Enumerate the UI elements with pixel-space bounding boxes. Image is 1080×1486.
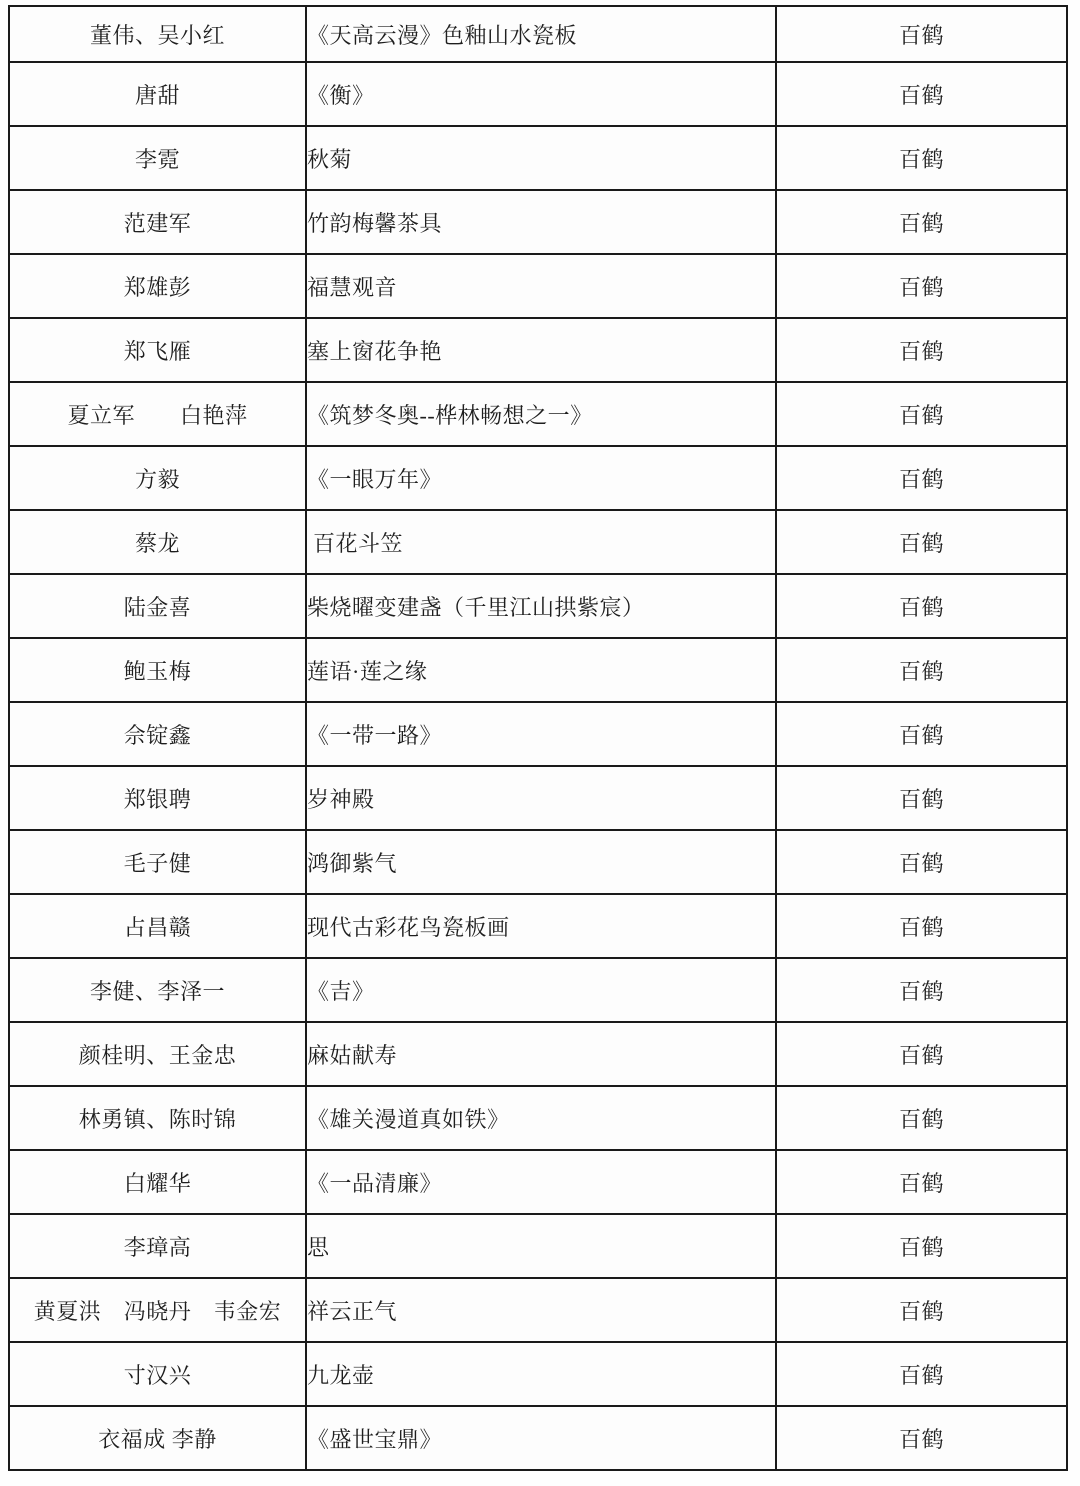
table-row: 李健、李泽一《吉》百鹤	[9, 958, 1067, 1022]
table-row: 占昌赣现代古彩花鸟瓷板画百鹤	[9, 894, 1067, 958]
table-row: 毛子健鸿御紫气百鹤	[9, 830, 1067, 894]
award-cell: 百鹤	[776, 894, 1067, 958]
work-cell: 现代古彩花鸟瓷板画	[306, 894, 776, 958]
award-cell: 百鹤	[776, 702, 1067, 766]
award-cell: 百鹤	[776, 1022, 1067, 1086]
award-cell: 百鹤	[776, 638, 1067, 702]
work-cell: 竹韵梅馨茶具	[306, 190, 776, 254]
artist-cell: 占昌赣	[9, 894, 306, 958]
work-cell: 《一带一路》	[306, 702, 776, 766]
artist-cell: 夏立军 白艳萍	[9, 382, 306, 446]
artist-cell: 毛子健	[9, 830, 306, 894]
artist-cell: 唐甜	[9, 62, 306, 126]
work-cell: 《雄关漫道真如铁》	[306, 1086, 776, 1150]
artist-cell: 寸汉兴	[9, 1342, 306, 1406]
award-cell: 百鹤	[776, 1214, 1067, 1278]
work-cell: 祥云正气	[306, 1278, 776, 1342]
award-cell: 百鹤	[776, 830, 1067, 894]
artist-cell: 董伟、吴小红	[9, 6, 306, 62]
award-cell: 百鹤	[776, 1150, 1067, 1214]
artist-cell: 白耀华	[9, 1150, 306, 1214]
artist-cell: 李璋高	[9, 1214, 306, 1278]
work-cell: 塞上窗花争艳	[306, 318, 776, 382]
artist-cell: 范建军	[9, 190, 306, 254]
work-cell: 九龙壶	[306, 1342, 776, 1406]
scanned-document-page: 董伟、吴小红《天高云漫》色釉山水瓷板百鹤唐甜《衡》百鹤李霓秋菊百鹤范建军竹韵梅馨…	[0, 0, 1080, 1486]
award-cell: 百鹤	[776, 574, 1067, 638]
artist-cell: 李健、李泽一	[9, 958, 306, 1022]
artist-cell: 陆金喜	[9, 574, 306, 638]
artist-cell: 黄夏洪 冯晓丹 韦金宏	[9, 1278, 306, 1342]
award-table: 董伟、吴小红《天高云漫》色釉山水瓷板百鹤唐甜《衡》百鹤李霓秋菊百鹤范建军竹韵梅馨…	[8, 5, 1068, 1471]
table-row: 颜桂明、王金忠麻姑献寿百鹤	[9, 1022, 1067, 1086]
work-cell: 《筑梦冬奥--桦林畅想之一》	[306, 382, 776, 446]
table-row: 董伟、吴小红《天高云漫》色釉山水瓷板百鹤	[9, 6, 1067, 62]
table-row: 白耀华《一品清廉》百鹤	[9, 1150, 1067, 1214]
artist-cell: 郑飞雁	[9, 318, 306, 382]
table-row: 衣福成 李静《盛世宝鼎》百鹤	[9, 1406, 1067, 1470]
artist-cell: 衣福成 李静	[9, 1406, 306, 1470]
table-row: 唐甜《衡》百鹤	[9, 62, 1067, 126]
table-row: 鲍玉梅莲语·莲之缘百鹤	[9, 638, 1067, 702]
work-cell: 麻姑献寿	[306, 1022, 776, 1086]
award-cell: 百鹤	[776, 1086, 1067, 1150]
work-cell: 柴烧曜变建盏（千里江山拱紫宸）	[306, 574, 776, 638]
work-cell: 鸿御紫气	[306, 830, 776, 894]
award-cell: 百鹤	[776, 1342, 1067, 1406]
work-cell: 莲语·莲之缘	[306, 638, 776, 702]
award-cell: 百鹤	[776, 318, 1067, 382]
award-cell: 百鹤	[776, 6, 1067, 62]
table-row: 黄夏洪 冯晓丹 韦金宏祥云正气百鹤	[9, 1278, 1067, 1342]
award-cell: 百鹤	[776, 766, 1067, 830]
work-cell: 百花斗笠	[306, 510, 776, 574]
award-cell: 百鹤	[776, 446, 1067, 510]
table-row: 李霓秋菊百鹤	[9, 126, 1067, 190]
award-cell: 百鹤	[776, 62, 1067, 126]
work-cell: 秋菊	[306, 126, 776, 190]
award-cell: 百鹤	[776, 1406, 1067, 1470]
table-row: 郑飞雁塞上窗花争艳百鹤	[9, 318, 1067, 382]
artist-cell: 郑雄彭	[9, 254, 306, 318]
table-row: 林勇镇、陈时锦《雄关漫道真如铁》百鹤	[9, 1086, 1067, 1150]
table-row: 夏立军 白艳萍《筑梦冬奥--桦林畅想之一》百鹤	[9, 382, 1067, 446]
work-cell: 《衡》	[306, 62, 776, 126]
work-cell: 《天高云漫》色釉山水瓷板	[306, 6, 776, 62]
work-cell: 《盛世宝鼎》	[306, 1406, 776, 1470]
work-cell: 《一眼万年》	[306, 446, 776, 510]
artist-cell: 李霓	[9, 126, 306, 190]
table-row: 佘锭鑫《一带一路》百鹤	[9, 702, 1067, 766]
table-row: 郑雄彭福慧观音百鹤	[9, 254, 1067, 318]
table-row: 方毅《一眼万年》百鹤	[9, 446, 1067, 510]
table-row: 范建军竹韵梅馨茶具百鹤	[9, 190, 1067, 254]
artist-cell: 蔡龙	[9, 510, 306, 574]
artist-cell: 鲍玉梅	[9, 638, 306, 702]
table-row: 蔡龙 百花斗笠百鹤	[9, 510, 1067, 574]
table-row: 李璋高思百鹤	[9, 1214, 1067, 1278]
award-cell: 百鹤	[776, 510, 1067, 574]
award-cell: 百鹤	[776, 958, 1067, 1022]
work-cell: 岁神殿	[306, 766, 776, 830]
work-cell: 《吉》	[306, 958, 776, 1022]
table-row: 寸汉兴九龙壶百鹤	[9, 1342, 1067, 1406]
award-cell: 百鹤	[776, 382, 1067, 446]
artist-cell: 颜桂明、王金忠	[9, 1022, 306, 1086]
work-cell: 《一品清廉》	[306, 1150, 776, 1214]
work-cell: 福慧观音	[306, 254, 776, 318]
artist-cell: 佘锭鑫	[9, 702, 306, 766]
award-cell: 百鹤	[776, 126, 1067, 190]
table-row: 陆金喜柴烧曜变建盏（千里江山拱紫宸）百鹤	[9, 574, 1067, 638]
award-cell: 百鹤	[776, 1278, 1067, 1342]
artist-cell: 林勇镇、陈时锦	[9, 1086, 306, 1150]
award-cell: 百鹤	[776, 254, 1067, 318]
award-cell: 百鹤	[776, 190, 1067, 254]
artist-cell: 方毅	[9, 446, 306, 510]
table-row: 郑银聘岁神殿百鹤	[9, 766, 1067, 830]
artist-cell: 郑银聘	[9, 766, 306, 830]
award-table-body: 董伟、吴小红《天高云漫》色釉山水瓷板百鹤唐甜《衡》百鹤李霓秋菊百鹤范建军竹韵梅馨…	[9, 6, 1067, 1470]
work-cell: 思	[306, 1214, 776, 1278]
